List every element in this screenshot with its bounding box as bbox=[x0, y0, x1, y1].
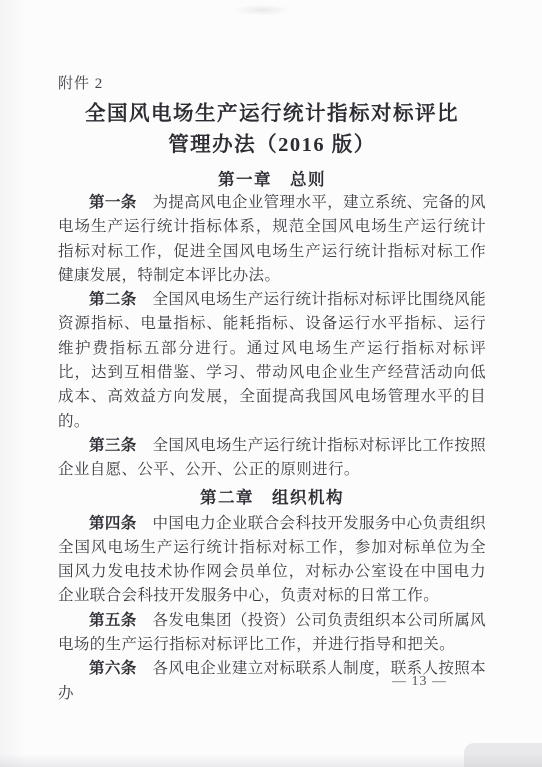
article-paragraph: 第五条 各发电集团（投资）公司负责组织本公司所属风电场的生产运行指标对标评比工作… bbox=[58, 609, 486, 658]
article-paragraph: 第四条 中国电力企业联合会科技开发服务中心负责组织全国风电场生产运行统计指标对标… bbox=[58, 512, 486, 609]
article-paragraph: 第三条 全国风电场生产运行统计指标对标评比工作按照企业自愿、公平、公开、公正的原… bbox=[58, 434, 486, 483]
document-title-line-2: 管理办法（2016 版） bbox=[168, 134, 376, 156]
scanned-document-page: 附件 2 全国风电场生产运行统计指标对标评比 管理办法（2016 版） 第一章 … bbox=[0, 0, 542, 767]
article-paragraph: 第一条 为提高风电企业管理水平，建立系统、完备的风电场生产运行统计指标体系，规范… bbox=[58, 191, 486, 288]
document-title: 全国风电场生产运行统计指标对标评比 管理办法（2016 版） bbox=[58, 99, 486, 161]
document-title-line-1: 全国风电场生产运行统计指标对标评比 bbox=[85, 103, 459, 125]
article-paragraph: 第二条 全国风电场生产运行统计指标对标评比围绕风能资源指标、电量指标、能耗指标、… bbox=[58, 288, 486, 434]
chapter-heading: 第二章 组织机构 bbox=[58, 487, 486, 509]
article-label: 第三条 bbox=[89, 437, 137, 454]
article-label: 第一条 bbox=[89, 194, 137, 211]
article-label: 第六条 bbox=[89, 660, 137, 677]
attachment-label: 附件 2 bbox=[58, 74, 486, 94]
scan-shadow-corner bbox=[464, 743, 542, 767]
article-label: 第四条 bbox=[89, 515, 137, 532]
chapter-heading: 第一章 总则 bbox=[58, 169, 486, 191]
chapters-container: 第一章 总则第一条 为提高风电企业管理水平，建立系统、完备的风电场生产运行统计指… bbox=[58, 169, 486, 706]
page-number: — 13 — bbox=[392, 674, 447, 690]
article-label: 第五条 bbox=[89, 612, 137, 629]
article-label: 第二条 bbox=[89, 291, 137, 308]
scan-shadow-bottom-edge bbox=[0, 754, 542, 767]
